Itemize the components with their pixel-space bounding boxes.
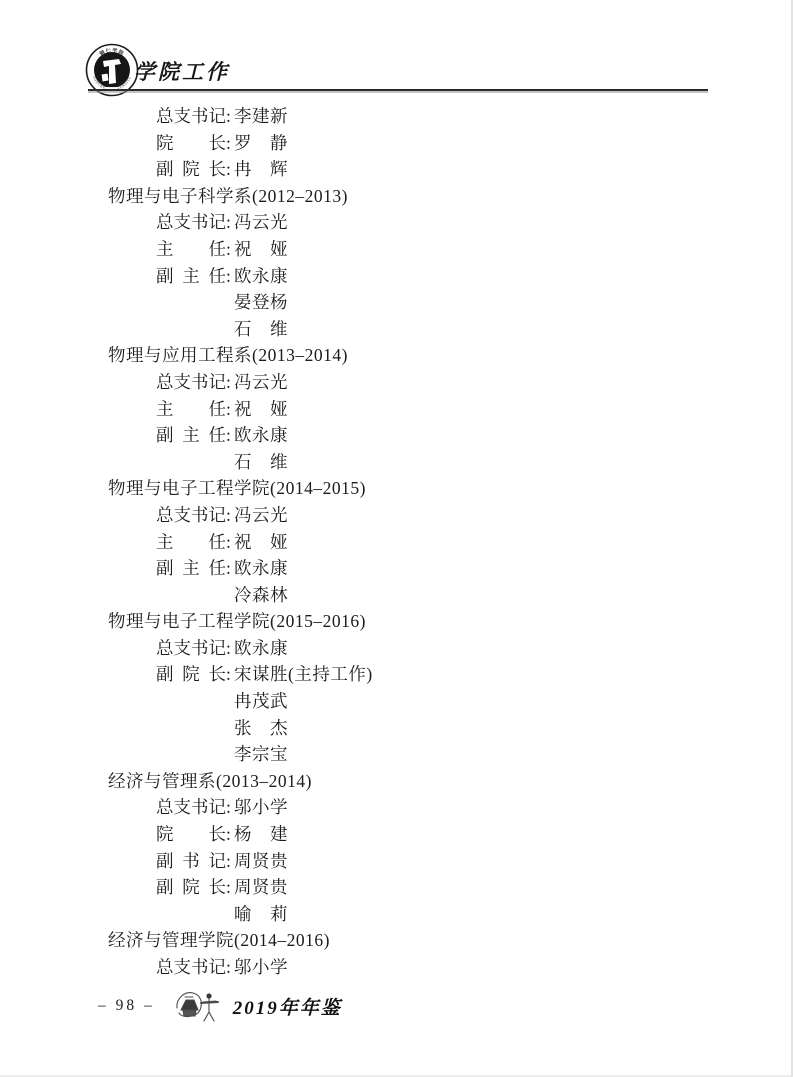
- role-label: 副院长: [156, 156, 226, 183]
- roster: 总支书记:李建新院长:罗 静副院长:冉 辉物理与电子科学系(2012–2013)…: [88, 103, 728, 981]
- role-label: 副主任: [156, 555, 226, 582]
- header-rule: [88, 89, 708, 91]
- role-label: 总支书记: [156, 209, 226, 236]
- role-label: 总支书记: [156, 794, 226, 821]
- roster-row: 副院长:周贤贵: [88, 874, 728, 901]
- person-name: 冷森林: [234, 585, 288, 605]
- person-name: 欧永康: [234, 266, 288, 286]
- role-label: 院长: [156, 821, 226, 848]
- person-name: 罗 静: [234, 133, 288, 153]
- department-heading: 经济与管理学院(2014–2016): [88, 927, 728, 954]
- roster-row: 冉茂武: [88, 688, 728, 715]
- roster-row: 主任:祝 娅: [88, 529, 728, 556]
- page-footer: – 98 – 2019年年鉴: [98, 988, 342, 1024]
- roster-row: 冷森林: [88, 582, 728, 609]
- roster-row: 晏登杨: [88, 289, 728, 316]
- department-heading: 物理与电子工程学院(2014–2015): [88, 475, 728, 502]
- role-label: 总支书记: [156, 954, 226, 981]
- role-label: 院长: [156, 130, 226, 157]
- roster-row: 总支书记:冯云光: [88, 369, 728, 396]
- person-name: 石 维: [234, 319, 288, 339]
- person-name: 冉 辉: [234, 159, 288, 179]
- page-number: – 98 –: [98, 997, 155, 1015]
- person-name: 邬小学: [234, 957, 288, 977]
- colon-separator: :: [226, 209, 234, 236]
- colon-separator: :: [226, 821, 234, 848]
- role-label: 总支书记: [156, 635, 226, 662]
- colon-separator: :: [226, 422, 234, 449]
- colon-separator: :: [226, 502, 234, 529]
- department-heading: 经济与管理系(2013–2014): [88, 768, 728, 795]
- colon-separator: :: [226, 794, 234, 821]
- person-name: 喻 莉: [234, 904, 288, 924]
- roster-row: 院长:罗 静: [88, 130, 728, 157]
- person-name: 冯云光: [234, 212, 288, 232]
- role-label: 主任: [156, 236, 226, 263]
- colon-separator: :: [226, 236, 234, 263]
- colon-separator: :: [226, 529, 234, 556]
- person-name: 祝 娅: [234, 239, 288, 259]
- role-label: 主任: [156, 529, 226, 556]
- roster-row: 副书记:周贤贵: [88, 848, 728, 875]
- role-label: 副主任: [156, 263, 226, 290]
- department-heading: 物理与电子科学系(2012–2013): [88, 183, 728, 210]
- roster-row: 总支书记:冯云光: [88, 209, 728, 236]
- colon-separator: :: [226, 369, 234, 396]
- roster-row: 副主任:欧永康: [88, 422, 728, 449]
- person-name: 李建新: [234, 106, 288, 126]
- roster-row: 喻 莉: [88, 901, 728, 928]
- colon-separator: :: [226, 130, 234, 157]
- footer-emblem-graphic: [173, 988, 223, 1024]
- roster-row: 总支书记:欧永康: [88, 635, 728, 662]
- colon-separator: :: [226, 396, 234, 423]
- roster-row: 主任:祝 娅: [88, 236, 728, 263]
- person-name: 李宗宝: [234, 744, 288, 764]
- person-name: 冯云光: [234, 505, 288, 525]
- role-label: 副主任: [156, 422, 226, 449]
- person-name: 周贤贵: [234, 851, 288, 871]
- person-name: 欧永康: [234, 425, 288, 445]
- colon-separator: :: [226, 263, 234, 290]
- department-heading: 物理与应用工程系(2013–2014): [88, 342, 728, 369]
- role-label: 总支书记: [156, 369, 226, 396]
- colon-separator: :: [226, 954, 234, 981]
- roster-row: 副主任:欧永康: [88, 555, 728, 582]
- role-label: 副院长: [156, 874, 226, 901]
- person-name: 石 维: [234, 452, 288, 472]
- yearbook-label: 2019年年鉴: [233, 993, 342, 1020]
- colon-separator: :: [226, 635, 234, 662]
- roster-row: 石 维: [88, 316, 728, 343]
- role-label: 总支书记: [156, 103, 226, 130]
- department-heading: 物理与电子工程学院(2015–2016): [88, 608, 728, 635]
- roster-row: 总支书记:冯云光: [88, 502, 728, 529]
- colon-separator: :: [226, 156, 234, 183]
- person-name: 邬小学: [234, 797, 288, 817]
- person-name: 欧永康: [234, 638, 288, 658]
- person-name: 祝 娅: [234, 399, 288, 419]
- colon-separator: :: [226, 661, 234, 688]
- page-header-title: 学院工作: [134, 58, 230, 86]
- roster-row: 总支书记:邬小学: [88, 954, 728, 981]
- person-name: 冯云光: [234, 372, 288, 392]
- colon-separator: :: [226, 103, 234, 130]
- roster-row: 总支书记:李建新: [88, 103, 728, 130]
- person-name: 晏登杨: [234, 292, 288, 312]
- person-name: 欧永康: [234, 558, 288, 578]
- roster-row: 张 杰: [88, 715, 728, 742]
- role-label: 副院长: [156, 661, 226, 688]
- roster-row: 总支书记:邬小学: [88, 794, 728, 821]
- colon-separator: :: [226, 848, 234, 875]
- person-name: 冉茂武: [234, 691, 288, 711]
- person-name: 杨 建: [234, 824, 288, 844]
- role-label: 主任: [156, 396, 226, 423]
- roster-row: 副院长:宋谋胜(主持工作): [88, 661, 728, 688]
- role-label: 副书记: [156, 848, 226, 875]
- person-name: 祝 娅: [234, 532, 288, 552]
- roster-row: 副主任:欧永康: [88, 263, 728, 290]
- roster-row: 院长:杨 建: [88, 821, 728, 848]
- person-name: 张 杰: [234, 718, 288, 738]
- roster-row: 主任:祝 娅: [88, 396, 728, 423]
- yearbook-page: 铜仁学院 TONGREN UNIVERSITY 学院工作 总支书记:李建新院长:…: [0, 0, 793, 1077]
- colon-separator: :: [226, 555, 234, 582]
- role-label: 总支书记: [156, 502, 226, 529]
- person-name: 宋谋胜(主持工作): [234, 664, 373, 684]
- colon-separator: :: [226, 874, 234, 901]
- roster-row: 李宗宝: [88, 741, 728, 768]
- roster-row: 石 维: [88, 449, 728, 476]
- roster-row: 副院长:冉 辉: [88, 156, 728, 183]
- person-name: 周贤贵: [234, 877, 288, 897]
